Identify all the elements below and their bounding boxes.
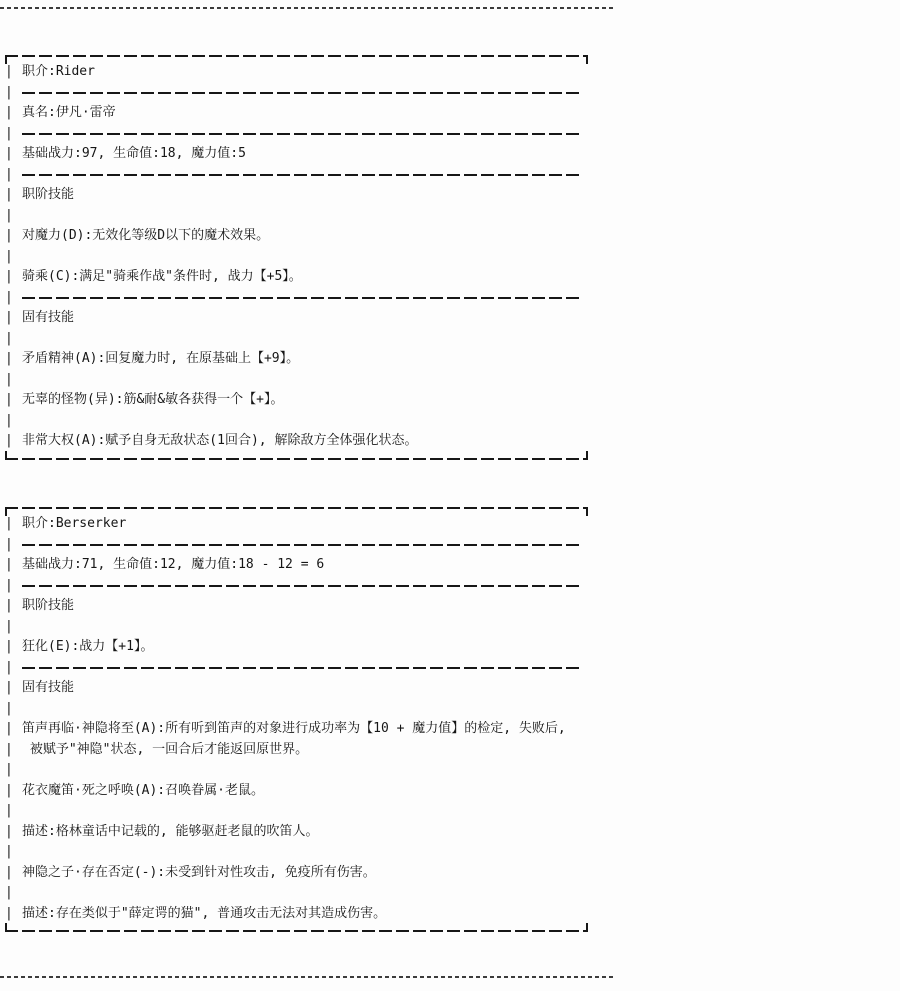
- stat-row: | 狂化(E):战力【+1】。: [5, 637, 588, 658]
- pipe-glyph: |: [5, 904, 14, 925]
- stat-text: 骑乘(C):满足"骑乘作战"条件时, 战力【+5】。: [22, 267, 302, 288]
- stat-text: 描述:格林童话中记载的, 能够驱赶老鼠的吹笛人。: [22, 822, 318, 843]
- pipe-glyph: |: [5, 144, 14, 165]
- separator-line: [22, 667, 581, 669]
- separator-line: [22, 174, 581, 176]
- stat-row: |: [5, 801, 588, 822]
- stat-rows: | 职介:Berserker | | 基础战力:71, 生命值:12, 魔力值:…: [5, 514, 588, 924]
- stat-row: |: [5, 370, 588, 391]
- pipe-glyph: |: [5, 822, 14, 843]
- stat-text: 职介:Rider: [22, 62, 95, 83]
- stat-row: |: [5, 617, 588, 638]
- stat-row: |: [5, 206, 588, 227]
- stat-row: | 非常大权(A):赋予自身无敌状态(1回合), 解除敌方全体强化状态。: [5, 431, 588, 452]
- stat-row: | 基础战力:97, 生命值:18, 魔力值:5: [5, 144, 588, 165]
- stat-row: | 固有技能: [5, 308, 588, 329]
- stat-row: | 职阶技能: [5, 185, 588, 206]
- pipe-glyph: |: [5, 288, 14, 309]
- stat-rows: | 职介:Rider | | 真名:伊凡·雷帝 |: [5, 62, 588, 452]
- stat-text: 笛声再临·神隐将至(A):所有听到笛声的对象进行成功率为【10 + 魔力值】的检…: [22, 719, 566, 740]
- stat-text: 矛盾精神(A):回复魔力时, 在原基础上【+9】。: [22, 349, 299, 370]
- stat-text: 被赋予"神隐"状态, 一回合后才能返回原世界。: [22, 740, 308, 761]
- stat-row: |: [5, 883, 588, 904]
- pipe-glyph: |: [5, 740, 14, 761]
- pipe-glyph: |: [5, 760, 14, 781]
- rider-stat-block: | 职介:Rider | | 真名:伊凡·雷帝 |: [5, 55, 588, 460]
- stat-row: |: [5, 124, 588, 145]
- stat-row: |: [5, 658, 588, 679]
- pipe-glyph: |: [5, 514, 14, 535]
- separator-line: [22, 92, 581, 94]
- pipe-glyph: |: [5, 308, 14, 329]
- stat-text: 职阶技能: [22, 185, 74, 206]
- stat-row: | 描述:存在类似于"薛定谔的猫", 普通攻击无法对其造成伤害。: [5, 904, 588, 925]
- stat-row: |: [5, 411, 588, 432]
- pipe-glyph: |: [5, 370, 14, 391]
- stat-row: |: [5, 83, 588, 104]
- stat-row: |: [5, 760, 588, 781]
- pipe-glyph: |: [5, 596, 14, 617]
- box-border-top: [5, 507, 588, 509]
- pipe-glyph: |: [5, 617, 14, 638]
- stat-row: |: [5, 247, 588, 268]
- pipe-glyph: |: [5, 185, 14, 206]
- pipe-glyph: |: [5, 719, 14, 740]
- stat-text: 职介:Berserker: [22, 514, 126, 535]
- pipe-glyph: |: [5, 535, 14, 556]
- stat-row: | 被赋予"神隐"状态, 一回合后才能返回原世界。: [5, 740, 588, 761]
- pipe-glyph: |: [5, 329, 14, 350]
- pipe-glyph: |: [5, 411, 14, 432]
- pipe-glyph: |: [5, 863, 14, 884]
- text-document: | 职介:Rider | | 真名:伊凡·雷帝 |: [0, 0, 900, 991]
- stat-row: | 花衣魔笛·死之呼唤(A):召唤眷属·老鼠。: [5, 781, 588, 802]
- stat-text: 非常大权(A):赋予自身无敌状态(1回合), 解除敌方全体强化状态。: [22, 431, 417, 452]
- pipe-glyph: |: [5, 206, 14, 227]
- stat-text: 基础战力:71, 生命值:12, 魔力值:18 - 12 = 6: [22, 555, 324, 576]
- stat-text: 无辜的怪物(异):筋&耐&敏各获得一个【+】。: [22, 390, 283, 411]
- stat-text: 花衣魔笛·死之呼唤(A):召唤眷属·老鼠。: [22, 781, 264, 802]
- stat-row: | 骑乘(C):满足"骑乘作战"条件时, 战力【+5】。: [5, 267, 588, 288]
- stat-row: | 职介:Berserker: [5, 514, 588, 535]
- pipe-glyph: |: [5, 267, 14, 288]
- stat-row: | 描述:格林童话中记载的, 能够驱赶老鼠的吹笛人。: [5, 822, 588, 843]
- pipe-glyph: |: [5, 781, 14, 802]
- stat-text: 基础战力:97, 生命值:18, 魔力值:5: [22, 144, 246, 165]
- pipe-glyph: |: [5, 637, 14, 658]
- pipe-glyph: |: [5, 431, 14, 452]
- pipe-glyph: |: [5, 801, 14, 822]
- stat-row: | 职介:Rider: [5, 62, 588, 83]
- separator-line: [22, 133, 581, 135]
- pipe-glyph: |: [5, 390, 14, 411]
- stat-row: | 神隐之子·存在否定(-):未受到针对性攻击, 免疫所有伤害。: [5, 863, 588, 884]
- pipe-glyph: |: [5, 83, 14, 104]
- box-border-bottom: [5, 930, 588, 932]
- pipe-glyph: |: [5, 576, 14, 597]
- stat-row: | 真名:伊凡·雷帝: [5, 103, 588, 124]
- separator-line: [22, 544, 581, 546]
- pipe-glyph: |: [5, 842, 14, 863]
- stat-row: |: [5, 576, 588, 597]
- box-border-bottom: [5, 458, 588, 460]
- stat-row: |: [5, 165, 588, 186]
- stat-text: 职阶技能: [22, 596, 74, 617]
- pipe-glyph: |: [5, 247, 14, 268]
- pipe-glyph: |: [5, 883, 14, 904]
- pipe-glyph: |: [5, 103, 14, 124]
- horizontal-divider-bottom: [0, 976, 613, 978]
- stat-row: | 无辜的怪物(异):筋&耐&敏各获得一个【+】。: [5, 390, 588, 411]
- stat-text: 真名:伊凡·雷帝: [22, 103, 116, 124]
- stat-row: | 笛声再临·神隐将至(A):所有听到笛声的对象进行成功率为【10 + 魔力值】…: [5, 719, 588, 740]
- stat-row: |: [5, 535, 588, 556]
- stat-row: |: [5, 329, 588, 350]
- pipe-glyph: |: [5, 678, 14, 699]
- berserker-stat-block: | 职介:Berserker | | 基础战力:71, 生命值:12, 魔力值:…: [5, 507, 588, 932]
- pipe-glyph: |: [5, 62, 14, 83]
- pipe-glyph: |: [5, 555, 14, 576]
- pipe-glyph: |: [5, 124, 14, 145]
- stat-row: | 固有技能: [5, 678, 588, 699]
- stat-row: | 职阶技能: [5, 596, 588, 617]
- stat-text: 固有技能: [22, 308, 74, 329]
- stat-row: |: [5, 288, 588, 309]
- pipe-glyph: |: [5, 165, 14, 186]
- box-border-top: [5, 55, 588, 57]
- stat-row: | 对魔力(D):无效化等级D以下的魔术效果。: [5, 226, 588, 247]
- pipe-glyph: |: [5, 658, 14, 679]
- stat-row: | 基础战力:71, 生命值:12, 魔力值:18 - 12 = 6: [5, 555, 588, 576]
- stat-text: 固有技能: [22, 678, 74, 699]
- separator-line: [22, 585, 581, 587]
- pipe-glyph: |: [5, 349, 14, 370]
- separator-line: [22, 297, 581, 299]
- stat-row: |: [5, 842, 588, 863]
- stat-row: |: [5, 699, 588, 720]
- stat-text: 神隐之子·存在否定(-):未受到针对性攻击, 免疫所有伤害。: [22, 863, 376, 884]
- stat-text: 描述:存在类似于"薛定谔的猫", 普通攻击无法对其造成伤害。: [22, 904, 386, 925]
- stat-row: | 矛盾精神(A):回复魔力时, 在原基础上【+9】。: [5, 349, 588, 370]
- stat-text: 狂化(E):战力【+1】。: [22, 637, 153, 658]
- horizontal-divider-top: [0, 7, 613, 9]
- pipe-glyph: |: [5, 226, 14, 247]
- pipe-glyph: |: [5, 699, 14, 720]
- stat-text: 对魔力(D):无效化等级D以下的魔术效果。: [22, 226, 269, 247]
